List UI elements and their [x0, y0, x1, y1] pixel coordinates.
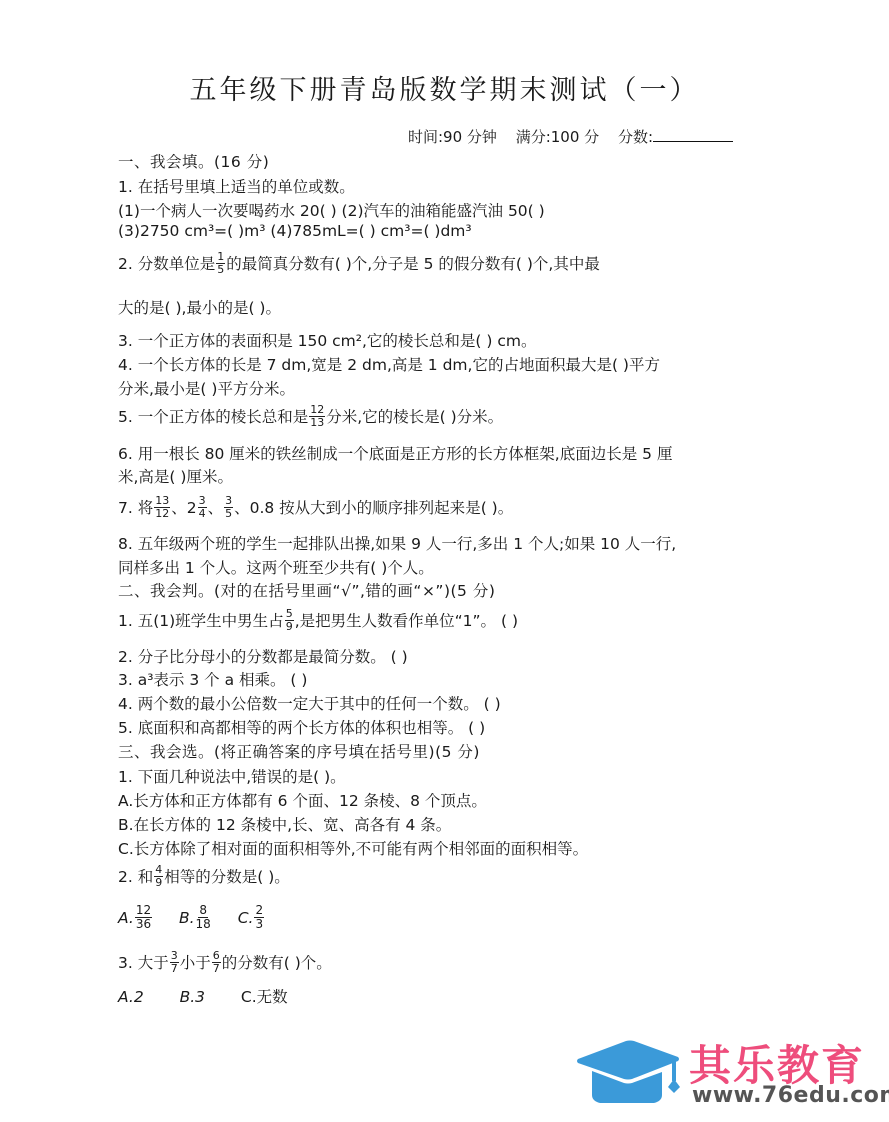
- fraction: 1312: [154, 495, 170, 520]
- s1-q4-line2: 分米,最小是( )平方分米。: [118, 377, 295, 399]
- score-label: 分数:: [618, 128, 653, 146]
- s1-q4-line1: 4. 一个长方体的长是 7 dm,宽是 2 dm,高是 1 dm,它的占地面积最…: [118, 353, 660, 375]
- fraction: 1213: [309, 404, 325, 429]
- s3-q3-options: A.2 B.3 C.无数: [118, 985, 288, 1007]
- s2-q2: 2. 分子比分母小的分数都是最简分数。 ( ): [118, 645, 408, 667]
- s1-q2-line1: 2. 分数单位是15的最简真分数有( )个,分子是 5 的假分数有( )个,其中…: [118, 252, 600, 277]
- s1-q8-line2: 同样多出 1 个人。这两个班至少共有( )个人。: [118, 556, 434, 578]
- s3-q2-options: A.1236 B.818 C.23: [118, 905, 265, 932]
- time-limit: 时间:90 分钟: [408, 128, 497, 146]
- s3-q1-option-b: B.在长方体的 12 条棱中,长、宽、高各有 4 条。: [118, 813, 451, 835]
- fraction: 23: [254, 904, 264, 931]
- s3-q1-option-a: A.长方体和正方体都有 6 个面、12 条棱、8 个顶点。: [118, 789, 487, 811]
- fraction: 49: [154, 864, 163, 889]
- fraction: 37: [170, 950, 179, 975]
- brand-url[interactable]: www.76edu.com: [692, 1083, 889, 1108]
- fraction: 34: [198, 495, 207, 520]
- fraction: 1236: [135, 904, 152, 931]
- graduation-cap-icon: [574, 1037, 682, 1107]
- s1-q8-line1: 8. 五年级两个班的学生一起排队出操,如果 9 人一行,多出 1 个人;如果 1…: [118, 532, 676, 554]
- s3-q2-stem: 2. 和49相等的分数是( )。: [118, 865, 290, 890]
- s2-q4: 4. 两个数的最小公倍数一定大于其中的任何一个数。 ( ): [118, 692, 501, 714]
- score-blank[interactable]: [653, 127, 733, 142]
- section1-heading: 一、我会填。(16 分): [118, 150, 269, 172]
- s1-q1-stem: 1. 在括号里填上适当的单位或数。: [118, 175, 355, 197]
- s1-q1-line-b: (3)2750 cm³=( )m³ (4)785mL=( ) cm³=( )dm…: [118, 222, 472, 240]
- fraction: 15: [216, 251, 225, 276]
- section2-heading: 二、我会判。(对的在括号里画“√”,错的画“×”)(5 分): [118, 579, 495, 601]
- page-title: 五年级下册青岛版数学期末测试（一）: [0, 68, 889, 107]
- s3-q1-stem: 1. 下面几种说法中,错误的是( )。: [118, 765, 346, 787]
- fraction: 59: [285, 608, 294, 633]
- s1-q6-line1: 6. 用一根长 80 厘米的铁丝制成一个底面是正方形的长方体框架,底面边长是 5…: [118, 442, 672, 464]
- s2-q3: 3. a³表示 3 个 a 相乘。 ( ): [118, 668, 307, 690]
- exam-meta: 时间:90 分钟 满分:100 分 分数:: [408, 126, 733, 147]
- s1-q6-line2: 米,高是( )厘米。: [118, 465, 233, 487]
- section3-heading: 三、我会选。(将正确答案的序号填在括号里)(5 分): [118, 740, 480, 762]
- fraction: 67: [212, 950, 221, 975]
- s2-q5: 5. 底面积和高都相等的两个长方体的体积也相等。 ( ): [118, 716, 485, 738]
- s1-q2-line2: 大的是( ),最小的是( )。: [118, 296, 281, 318]
- s3-q1-option-c: C.长方体除了相对面的面积相等外,不可能有两个相邻面的面积相等。: [118, 837, 588, 859]
- brand-logo: 其乐教育 www.76edu.com: [574, 1033, 884, 1113]
- s1-q5: 5. 一个正方体的棱长总和是1213分米,它的棱长是( )分米。: [118, 405, 503, 430]
- s1-q3: 3. 一个正方体的表面积是 150 cm²,它的棱长总和是( ) cm。: [118, 329, 537, 351]
- fraction: 818: [196, 904, 211, 931]
- s2-q1: 1. 五(1)班学生中男生占59,是把男生人数看作单位“1”。 ( ): [118, 609, 518, 634]
- full-score: 满分:100 分: [516, 128, 599, 146]
- fraction: 35: [224, 495, 233, 520]
- s3-q3-stem: 3. 大于37小于67的分数有( )个。: [118, 951, 332, 976]
- s1-q7: 7. 将1312、234、35、0.8 按从大到小的顺序排列起来是( )。: [118, 496, 513, 521]
- s1-q1-line-a: (1)一个病人一次要喝药水 20( ) (2)汽车的油箱能盛汽油 50( ): [118, 199, 545, 221]
